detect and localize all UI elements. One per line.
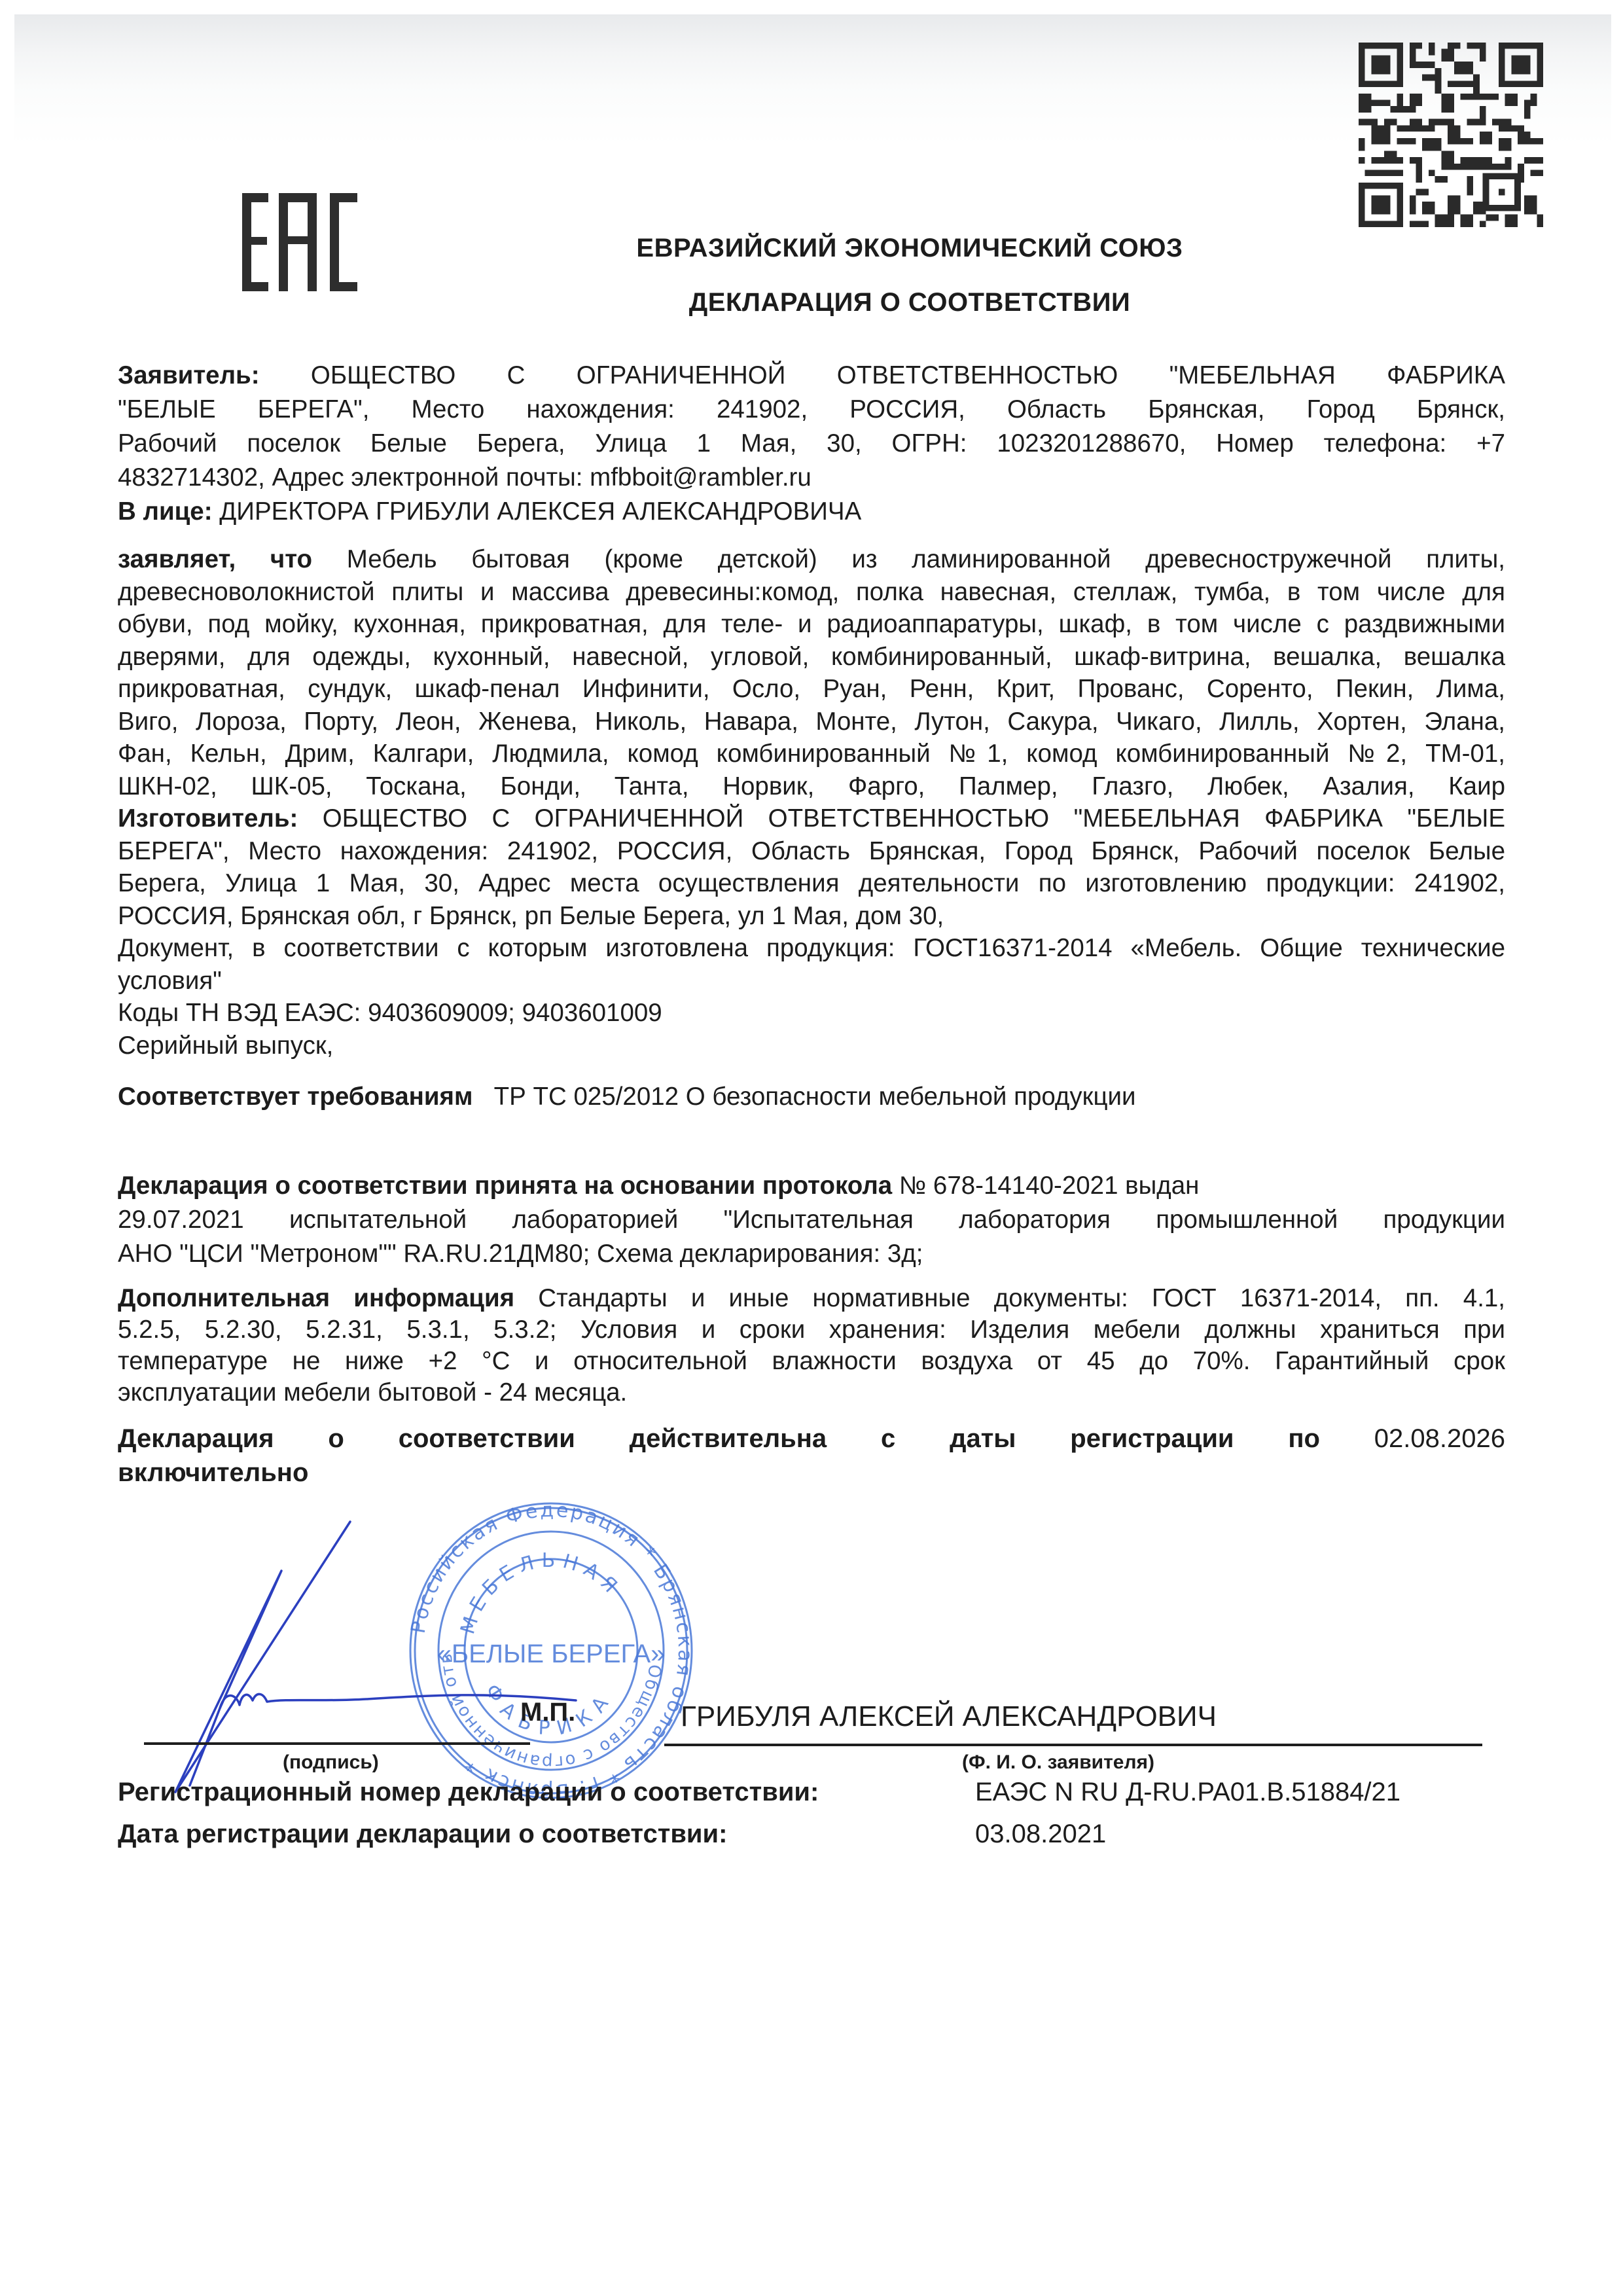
basis-line-2: 29.07.2021 испытательной лабораторией "И…	[118, 1203, 1505, 1237]
conformity-label: Соответствует требованиям	[118, 1083, 473, 1111]
registration-number: ЕАЭС N RU Д-RU.PA01.B.51884/21	[975, 1778, 1400, 1807]
document-line-2: условия"	[118, 965, 1505, 997]
basis-line-3: АНО "ЦСИ "Метроном"" RA.RU.21ДМ80; Схема…	[118, 1237, 1505, 1271]
additional-line-1: Дополнительная информация Стандарты и ин…	[118, 1283, 1505, 1314]
registration-number-label: Регистрационный номер декларации о соотв…	[118, 1778, 819, 1807]
applicant-full-name: ГРИБУЛЯ АЛЕКСЕЙ АЛЕКСАНДРОВИЧ	[681, 1700, 1217, 1733]
applicant-line-4: 4832714302, Адрес электронной почты: mfb…	[118, 461, 1505, 495]
applicant-line-2: "БЕЛЫЕ БЕРЕГА", Место нахождения: 241902…	[118, 393, 1505, 427]
serial-release: Серийный выпуск,	[118, 1030, 1505, 1062]
additional-line-4: эксплуатации мебели бытовой - 24 месяца.	[118, 1377, 1505, 1408]
validity-section: Декларация о соответствии действительна …	[118, 1422, 1505, 1490]
basis-line-1: Декларация о соответствии принята на осн…	[118, 1169, 1505, 1203]
manufacturer-line-2: БЕРЕГА", Место нахождения: 241902, РОССИ…	[118, 835, 1505, 868]
validity-line-2: включительно	[118, 1456, 1505, 1490]
qr-code-icon[interactable]	[1359, 43, 1543, 227]
applicant-line-1: Заявитель: ОБЩЕСТВО С ОГРАНИЧЕННОЙ ОТВЕТ…	[118, 359, 1505, 393]
additional-line-2: 5.2.5, 5.2.30, 5.2.31, 5.3.1, 5.3.2; Усл…	[118, 1314, 1505, 1346]
conformity-value: ТР ТС 025/2012 О безопасности мебельной …	[494, 1083, 1136, 1111]
validity-line-1: Декларация о соответствии действительна …	[118, 1422, 1505, 1456]
document-page	[14, 14, 1611, 2296]
manufacturer-line-4: РОССИЯ, Брянская обл, г Брянск, рп Белые…	[118, 900, 1505, 933]
registration-date: 03.08.2021	[975, 1820, 1106, 1849]
declares-section: заявляет, что Мебель бытовая (кроме детс…	[118, 543, 1505, 1062]
additional-label: Дополнительная информация	[118, 1284, 514, 1312]
declares-line-7: Фан, Кельн, Дрим, Калгари, Людмила, комо…	[118, 738, 1505, 770]
name-line	[664, 1744, 1482, 1746]
declares-line-5: прикроватная, сундук, шкаф-пенал Инфинит…	[118, 673, 1505, 706]
applicant-line-3: Рабочий поселок Белые Берега, Улица 1 Ма…	[118, 427, 1505, 461]
representative-name: ДИРЕКТОРА ГРИБУЛИ АЛЕКСЕЯ АЛЕКСАНДРОВИЧА	[219, 497, 861, 526]
declares-line-8: ШКН-02, ШК-05, Тоскана, Бонди, Танта, Но…	[118, 770, 1505, 803]
registration-date-label: Дата регистрации декларации о соответств…	[118, 1820, 727, 1849]
applicant-label: Заявитель:	[118, 361, 260, 389]
representative-label: В лице:	[118, 497, 213, 526]
representative-line: В лице: ДИРЕКТОРА ГРИБУЛИ АЛЕКСЕЯ АЛЕКСА…	[118, 495, 1505, 529]
signature-icon	[92, 1492, 681, 1800]
tnved-codes: Коды ТН ВЭД ЕАЭС: 9403609009; 9403601009	[118, 997, 1505, 1030]
manufacturer-label: Изготовитель:	[118, 804, 298, 833]
declares-line-1: заявляет, что Мебель бытовая (кроме детс…	[118, 543, 1505, 576]
declares-line-4: дверями, для одежды, кухонный, навесной,…	[118, 641, 1505, 673]
validity-date: 02.08.2026	[1374, 1424, 1505, 1453]
document-title: ДЕКЛАРАЦИЯ О СООТВЕТСТВИИ	[0, 288, 1623, 317]
manufacturer-line-1: Изготовитель: ОБЩЕСТВО С ОГРАНИЧЕННОЙ ОТ…	[118, 802, 1505, 835]
name-caption: (Ф. И. О. заявителя)	[962, 1751, 1154, 1774]
seal-place-label: М.П.	[520, 1698, 575, 1727]
union-title: ЕВРАЗИЙСКИЙ ЭКОНОМИЧЕСКИЙ СОЮЗ	[0, 234, 1623, 263]
additional-info-section: Дополнительная информация Стандарты и ин…	[118, 1283, 1505, 1408]
conformity-section: Соответствует требованиям ТР ТС 025/2012…	[118, 1080, 1505, 1114]
manufacturer-line-3: Берега, Улица 1 Мая, 30, Адрес места осу…	[118, 867, 1505, 900]
document-line-1: Документ, в соответствии с которым изгот…	[118, 932, 1505, 965]
basis-label: Декларация о соответствии принята на осн…	[118, 1172, 892, 1200]
declares-line-2: древесноволокнистой плиты и массива древ…	[118, 576, 1505, 609]
signature-caption: (подпись)	[283, 1751, 379, 1774]
signature-line	[144, 1742, 530, 1745]
declares-label: заявляет, что	[118, 545, 312, 573]
additional-line-3: температуре не ниже +2 °С и относительно…	[118, 1346, 1505, 1377]
applicant-section: Заявитель: ОБЩЕСТВО С ОГРАНИЧЕННОЙ ОТВЕТ…	[118, 359, 1505, 529]
declares-line-6: Виго, Лороза, Порту, Леон, Женева, Никол…	[118, 706, 1505, 738]
basis-section: Декларация о соответствии принята на осн…	[118, 1169, 1505, 1271]
declares-line-3: обуви, под мойку, кухонная, прикроватная…	[118, 608, 1505, 641]
